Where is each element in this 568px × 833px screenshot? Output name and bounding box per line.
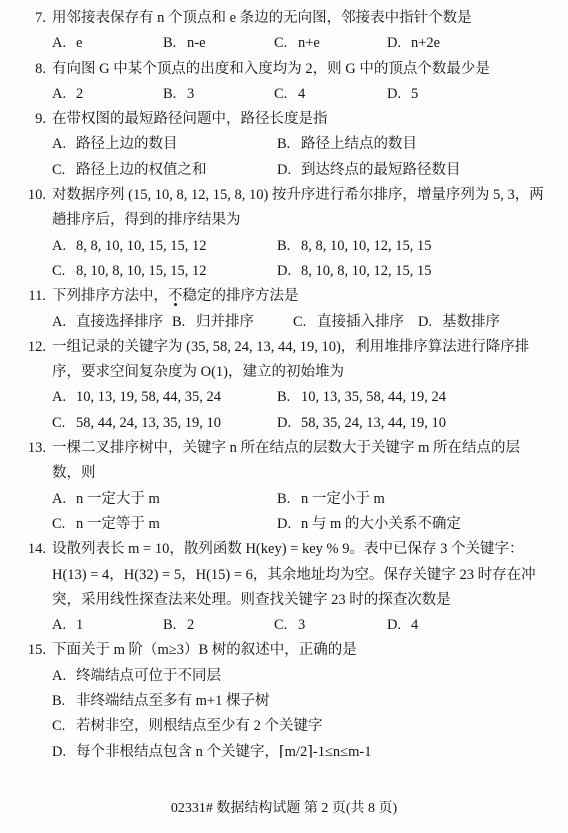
stem-text: 稳定的排序方法是 [183, 288, 299, 304]
options-grid: A.n 一定大于 m B.n 一定小于 m C.n 一定等于 m D.n 与 m… [52, 487, 546, 538]
option-a: A.2 [52, 82, 163, 107]
options-row: A.e B.n-e C.n+e D.n+2e [52, 31, 546, 56]
question-stem: 有向图 G 中某个顶点的出度和入度均为 2，则 G 中的顶点个数最少是 [52, 57, 546, 82]
question-13: 13. 一棵二叉排序树中，关键字 n 所在结点的层数大于关键字 m 所在结点的层… [0, 436, 546, 537]
question-stem: 下面关于 m 阶（m≥3）B 树的叙述中，正确的是 [52, 638, 546, 663]
option-label: C. [52, 411, 76, 436]
option-label: C. [52, 714, 76, 739]
options-row: A.1 B.2 C.3 D.4 [52, 613, 546, 638]
option-c: C.直接插入排序 [293, 310, 418, 335]
question-number: 7. [0, 6, 46, 31]
option-label: D. [52, 740, 76, 765]
question-number: 8. [0, 57, 46, 82]
option-text: 直接选择排序 [76, 314, 163, 330]
option-label: B. [52, 689, 76, 714]
option-c: C.3 [274, 613, 387, 638]
option-text: 4 [411, 617, 418, 633]
option-label: C. [52, 158, 76, 183]
option-d: D.每个非根结点包含 n 个关键字，⌈m/2⌉-1≤n≤m-1 [52, 740, 546, 765]
option-b: B.n-e [163, 31, 274, 56]
question-stem: 在带权图的最短路径问题中，路径长度是指 [52, 107, 546, 132]
option-text: 路径上结点的数目 [301, 136, 417, 152]
option-a: A.8, 8, 10, 10, 15, 15, 12 [52, 234, 277, 259]
option-label: B. [277, 385, 301, 410]
page-footer: 02331# 数据结构试题 第 2 页(共 8 页) [0, 796, 568, 821]
option-d: D.基数排序 [418, 310, 546, 335]
option-b: B.n 一定小于 m [277, 487, 546, 512]
options-grid: A.10, 13, 19, 58, 44, 35, 24 B.10, 13, 3… [52, 385, 546, 436]
option-label: B. [163, 613, 187, 638]
question-number: 10. [0, 183, 46, 208]
option-text: 3 [298, 617, 305, 633]
option-label: A. [52, 487, 76, 512]
option-label: B. [172, 310, 196, 335]
option-text: 58, 35, 24, 13, 44, 19, 10 [301, 415, 446, 431]
option-text: 10, 13, 19, 58, 44, 35, 24 [76, 389, 221, 405]
option-c: C.路径上边的权值之和 [52, 158, 277, 183]
option-label: A. [52, 82, 76, 107]
option-label: A. [52, 132, 76, 157]
option-label: B. [277, 487, 301, 512]
option-text: 直接插入排序 [317, 314, 404, 330]
option-text: 归并排序 [196, 314, 254, 330]
option-d: D.4 [387, 613, 546, 638]
option-text: 非终端结点至多有 m+1 棵子树 [76, 693, 269, 709]
question-11: 11. 下列排序方法中，不稳定的排序方法是 A.直接选择排序 B.归并排序 C.… [0, 284, 546, 335]
options-row: A.2 B.3 C.4 D.5 [52, 82, 546, 107]
exam-page: 7. 用邻接表保存有 n 个顶点和 e 条边的无向图，邻接表中指针个数是 A.e… [0, 0, 568, 833]
option-d: D.到达终点的最短路径数目 [277, 158, 546, 183]
question-number: 11. [0, 284, 46, 309]
question-stem: 对数据序列 (15, 10, 8, 12, 15, 8, 10) 按升序进行希尔… [52, 183, 546, 234]
stem-emphasized-char: 不 [168, 288, 183, 304]
option-text: 10, 13, 35, 58, 44, 19, 24 [301, 389, 446, 405]
option-label: B. [163, 31, 187, 56]
option-c: C.4 [274, 82, 387, 107]
question-7: 7. 用邻接表保存有 n 个顶点和 e 条边的无向图，邻接表中指针个数是 A.e… [0, 6, 546, 57]
option-b: B.非终端结点至多有 m+1 棵子树 [52, 689, 546, 714]
option-label: C. [293, 310, 317, 335]
question-9: 9. 在带权图的最短路径问题中，路径长度是指 A.路径上边的数目 B.路径上结点… [0, 107, 546, 183]
option-text: 3 [187, 86, 194, 102]
option-text: 58, 44, 24, 13, 35, 19, 10 [76, 415, 221, 431]
option-text: 终端结点可位于不同层 [76, 668, 221, 684]
options-grid: A.8, 8, 10, 10, 15, 15, 12 B.8, 8, 10, 1… [52, 234, 546, 285]
option-text: 8, 8, 10, 10, 15, 15, 12 [76, 238, 207, 254]
options-list: A.终端结点可位于不同层 B.非终端结点至多有 m+1 棵子树 C.若树非空，则… [52, 664, 546, 765]
option-label: D. [387, 82, 411, 107]
option-d: D.8, 10, 8, 10, 12, 15, 15 [277, 259, 546, 284]
question-14: 14. 设散列表长 m = 10，散列函数 H(key) = key % 9。表… [0, 537, 546, 638]
question-number: 15. [0, 638, 46, 663]
option-text: n+e [298, 35, 320, 51]
option-text: 路径上边的数目 [76, 136, 178, 152]
option-a: A.e [52, 31, 163, 56]
question-number: 9. [0, 107, 46, 132]
option-text: n-e [187, 35, 206, 51]
option-text: 8, 10, 8, 10, 15, 15, 12 [76, 263, 207, 279]
question-12: 12. 一组记录的关键字为 (35, 58, 24, 13, 44, 19, 1… [0, 335, 546, 436]
question-15: 15. 下面关于 m 阶（m≥3）B 树的叙述中，正确的是 A.终端结点可位于不… [0, 638, 546, 764]
option-a: A.路径上边的数目 [52, 132, 277, 157]
options-row: A.直接选择排序 B.归并排序 C.直接插入排序 D.基数排序 [52, 310, 546, 335]
option-text: 到达终点的最短路径数目 [301, 162, 461, 178]
question-stem: 一组记录的关键字为 (35, 58, 24, 13, 44, 19, 10)，利… [52, 335, 546, 386]
option-label: A. [52, 613, 76, 638]
question-stem: 用邻接表保存有 n 个顶点和 e 条边的无向图，邻接表中指针个数是 [52, 6, 546, 31]
option-a: A.1 [52, 613, 163, 638]
question-10: 10. 对数据序列 (15, 10, 8, 12, 15, 8, 10) 按升序… [0, 183, 546, 284]
option-label: D. [277, 259, 301, 284]
option-b: B.归并排序 [172, 310, 293, 335]
option-text: 8, 8, 10, 10, 12, 15, 15 [301, 238, 432, 254]
question-stem: 一棵二叉排序树中，关键字 n 所在结点的层数大于关键字 m 所在结点的层数，则 [52, 436, 546, 487]
option-d: D.n+2e [387, 31, 546, 56]
option-a: A.n 一定大于 m [52, 487, 277, 512]
option-b: B.路径上结点的数目 [277, 132, 546, 157]
option-text: 1 [76, 617, 83, 633]
option-a: A.直接选择排序 [52, 310, 172, 335]
option-b: B.2 [163, 613, 274, 638]
option-c: C.58, 44, 24, 13, 35, 19, 10 [52, 411, 277, 436]
option-text: 2 [187, 617, 194, 633]
option-label: A. [52, 31, 76, 56]
question-number: 13. [0, 436, 46, 461]
option-c: C.若树非空，则根结点至少有 2 个关键字 [52, 714, 546, 739]
question-stem: 下列排序方法中，不稳定的排序方法是 [52, 284, 546, 309]
option-label: C. [52, 512, 76, 537]
option-label: D. [418, 310, 442, 335]
option-b: B.10, 13, 35, 58, 44, 19, 24 [277, 385, 546, 410]
option-a: A.终端结点可位于不同层 [52, 664, 546, 689]
option-text: 2 [76, 86, 83, 102]
option-c: C.n+e [274, 31, 387, 56]
option-label: B. [277, 234, 301, 259]
option-text: 8, 10, 8, 10, 12, 15, 15 [301, 263, 432, 279]
option-text: 基数排序 [442, 314, 500, 330]
option-text: n 一定小于 m [301, 491, 385, 507]
question-number: 12. [0, 335, 46, 360]
option-b: B.3 [163, 82, 274, 107]
option-label: C. [274, 82, 298, 107]
option-d: D.n 与 m 的大小关系不确定 [277, 512, 546, 537]
option-text: 若树非空，则根结点至少有 2 个关键字 [76, 718, 323, 734]
option-label: D. [387, 31, 411, 56]
option-text: 4 [298, 86, 305, 102]
option-text: 每个非根结点包含 n 个关键字，⌈m/2⌉-1≤n≤m-1 [76, 744, 371, 760]
option-label: C. [52, 259, 76, 284]
option-text: n+2e [411, 35, 440, 51]
option-label: C. [274, 613, 298, 638]
option-label: A. [52, 664, 76, 689]
option-label: D. [387, 613, 411, 638]
question-stem: 设散列表长 m = 10，散列函数 H(key) = key % 9。表中已保存… [52, 537, 546, 613]
options-grid: A.路径上边的数目 B.路径上结点的数目 C.路径上边的权值之和 D.到达终点的… [52, 132, 546, 183]
option-label: D. [277, 158, 301, 183]
option-c: C.8, 10, 8, 10, 15, 15, 12 [52, 259, 277, 284]
option-text: n 与 m 的大小关系不确定 [301, 516, 461, 532]
question-8: 8. 有向图 G 中某个顶点的出度和入度均为 2，则 G 中的顶点个数最少是 A… [0, 57, 546, 108]
option-text: 路径上边的权值之和 [76, 162, 207, 178]
option-text: 5 [411, 86, 418, 102]
option-d: D.5 [387, 82, 546, 107]
question-number: 14. [0, 537, 46, 562]
option-label: A. [52, 385, 76, 410]
option-c: C.n 一定等于 m [52, 512, 277, 537]
option-d: D.58, 35, 24, 13, 44, 19, 10 [277, 411, 546, 436]
option-b: B.8, 8, 10, 10, 12, 15, 15 [277, 234, 546, 259]
stem-text: 下列排序方法中， [52, 288, 168, 304]
option-label: A. [52, 234, 76, 259]
option-label: C. [274, 31, 298, 56]
option-a: A.10, 13, 19, 58, 44, 35, 24 [52, 385, 277, 410]
option-label: D. [277, 411, 301, 436]
option-label: B. [163, 82, 187, 107]
option-text: n 一定大于 m [76, 491, 160, 507]
option-label: A. [52, 310, 76, 335]
option-text: e [76, 35, 82, 51]
option-text: n 一定等于 m [76, 516, 160, 532]
option-label: B. [277, 132, 301, 157]
option-label: D. [277, 512, 301, 537]
